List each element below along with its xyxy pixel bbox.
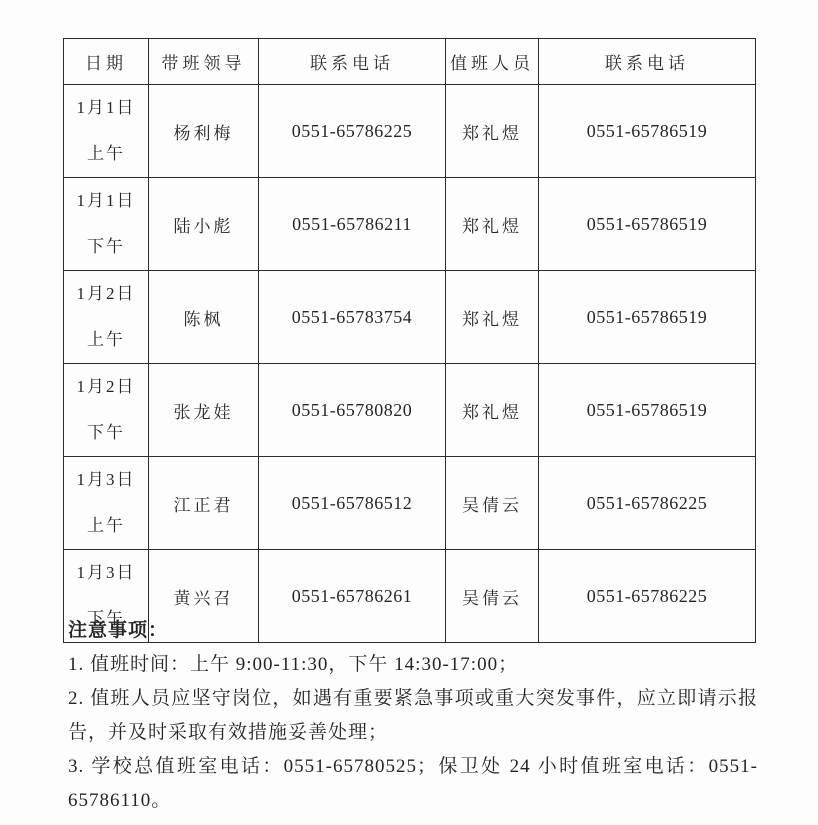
date-line-1: 1月2日 <box>64 364 148 410</box>
table-row: 1月1日 下午 陆小彪 0551-65786211 郑礼煜 0551-65786… <box>64 178 756 271</box>
date-line-2: 上午 <box>64 131 148 177</box>
header-duty-phone: 联系电话 <box>539 39 756 85</box>
cell-duty-phone: 0551-65786519 <box>539 271 756 364</box>
table-row: 1月2日 下午 张龙娃 0551-65780820 郑礼煜 0551-65786… <box>64 364 756 457</box>
table-row: 1月3日 上午 江正君 0551-65786512 吴倩云 0551-65786… <box>64 457 756 550</box>
date-line-2: 上午 <box>64 317 148 363</box>
note-item-2: 2. 值班人员应坚守岗位，如遇有重要紧急事项或重大突发事件，应立即请示报告，并及… <box>68 682 758 750</box>
cell-leader-phone: 0551-65783754 <box>259 271 446 364</box>
header-leader: 带班领导 <box>149 39 259 85</box>
date-line-1: 1月1日 <box>64 85 148 131</box>
cell-duty-phone: 0551-65786519 <box>539 364 756 457</box>
date-line-1: 1月1日 <box>64 178 148 224</box>
cell-duty-person: 郑礼煜 <box>446 271 539 364</box>
cell-leader-phone: 0551-65786211 <box>259 178 446 271</box>
cell-date: 1月3日 上午 <box>64 457 149 550</box>
cell-leader: 陈枫 <box>149 271 259 364</box>
date-line-1: 1月2日 <box>64 271 148 317</box>
cell-duty-person: 吴倩云 <box>446 457 539 550</box>
table-header-row: 日期 带班领导 联系电话 值班人员 联系电话 <box>64 39 756 85</box>
cell-leader: 杨利梅 <box>149 85 259 178</box>
cell-duty-person: 郑礼煜 <box>446 364 539 457</box>
date-line-1: 1月3日 <box>64 457 148 503</box>
duty-schedule-document: 日期 带班领导 联系电话 值班人员 联系电话 1月1日 上午 杨利梅 0551-… <box>0 0 818 825</box>
table-row: 1月2日 上午 陈枫 0551-65783754 郑礼煜 0551-657865… <box>64 271 756 364</box>
notes-section: 注意事项： 1. 值班时间：上午 9:00-11:30，下午 14:30-17:… <box>68 614 758 818</box>
duty-schedule-table: 日期 带班领导 联系电话 值班人员 联系电话 1月1日 上午 杨利梅 0551-… <box>63 38 756 643</box>
cell-duty-phone: 0551-65786225 <box>539 457 756 550</box>
header-date: 日期 <box>64 39 149 85</box>
date-line-1: 1月3日 <box>64 550 148 596</box>
cell-leader: 江正君 <box>149 457 259 550</box>
cell-date: 1月2日 上午 <box>64 271 149 364</box>
date-line-2: 上午 <box>64 503 148 549</box>
cell-duty-person: 郑礼煜 <box>446 178 539 271</box>
header-duty-person: 值班人员 <box>446 39 539 85</box>
cell-date: 1月1日 上午 <box>64 85 149 178</box>
cell-leader-phone: 0551-65786225 <box>259 85 446 178</box>
header-leader-phone: 联系电话 <box>259 39 446 85</box>
note-item-3: 3. 学校总值班室电话：0551-65780525；保卫处 24 小时值班室电话… <box>68 750 758 818</box>
cell-duty-phone: 0551-65786519 <box>539 85 756 178</box>
cell-leader-phone: 0551-65780820 <box>259 364 446 457</box>
cell-leader: 张龙娃 <box>149 364 259 457</box>
date-line-2: 下午 <box>64 224 148 270</box>
notes-heading: 注意事项： <box>68 614 758 648</box>
note-item-1: 1. 值班时间：上午 9:00-11:30，下午 14:30-17:00； <box>68 648 758 682</box>
cell-duty-person: 郑礼煜 <box>446 85 539 178</box>
cell-leader: 陆小彪 <box>149 178 259 271</box>
table-row: 1月1日 上午 杨利梅 0551-65786225 郑礼煜 0551-65786… <box>64 85 756 178</box>
cell-leader-phone: 0551-65786512 <box>259 457 446 550</box>
cell-date: 1月1日 下午 <box>64 178 149 271</box>
cell-date: 1月2日 下午 <box>64 364 149 457</box>
cell-duty-phone: 0551-65786519 <box>539 178 756 271</box>
date-line-2: 下午 <box>64 410 148 456</box>
